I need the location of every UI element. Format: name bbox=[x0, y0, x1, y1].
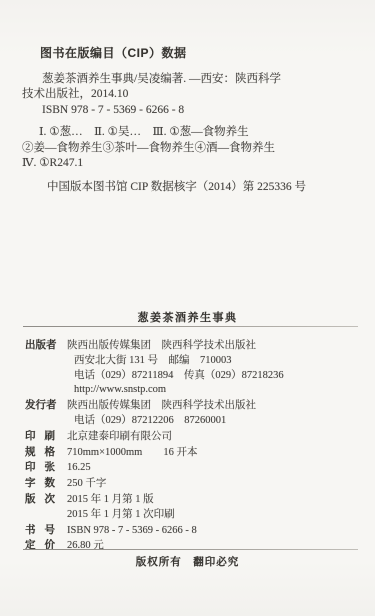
publication-details: 出版者 陕西出版传媒集团 陕西科学技术出版社 西安北大街 131 号 邮编 71… bbox=[25, 338, 361, 554]
colophon-row-value: 西安北大街 131 号 邮编 710003 bbox=[74, 354, 232, 369]
classification-line-2: ②姜—食物养生③茶叶—食物养生④酒—食物养生 bbox=[22, 141, 359, 157]
colophon-row-value: 电话（029）87212206 87260001 bbox=[74, 414, 226, 429]
colophon-row-value: 250 千字 bbox=[67, 477, 106, 492]
colophon-row: 电话（029）87211894 传真（029）87218236 bbox=[25, 369, 361, 384]
colophon-row: 发行者 陕西出版传媒集团 陕西科学技术出版社 bbox=[25, 398, 361, 414]
colophon-row-value: 710mm×1000mm 16 开本 bbox=[67, 446, 197, 461]
colophon-row-value: 26.80 元 bbox=[67, 539, 104, 554]
colophon-row: 规格 710mm×1000mm 16 开本 bbox=[25, 445, 361, 461]
colophon-row: 电话（029）87212206 87260001 bbox=[25, 414, 361, 429]
colophon-row: 印张 16.25 bbox=[25, 460, 361, 476]
cip-data-block: 图书在版编目（CIP）数据 葱姜茶酒养生事典/吴凌编著. —西安：陕西科学 技术… bbox=[22, 46, 359, 195]
colophon-row-label: 出版者 bbox=[25, 338, 55, 353]
colophon-row-value: 电话（029）87211894 传真（029）87218236 bbox=[74, 369, 284, 384]
colophon-row: http://www.snstp.com bbox=[25, 383, 361, 398]
copyright-notice: 版权所有 翻印必究 bbox=[0, 554, 375, 569]
colophon-row-value: 2015 年 1 月第 1 次印刷 bbox=[67, 508, 175, 523]
colophon-row-label: 版次 bbox=[25, 492, 55, 507]
colophon-row: 版次 2015 年 1 月第 1 版 bbox=[25, 492, 361, 508]
horizontal-rule-top bbox=[23, 326, 358, 327]
colophon-row-value: 2015 年 1 月第 1 版 bbox=[67, 493, 154, 508]
colophon-row-value: 16.25 bbox=[67, 461, 91, 476]
colophon-row-label: 印刷 bbox=[25, 429, 55, 444]
cip-entry: 葱姜茶酒养生事典/吴凌编著. —西安：陕西科学 技术出版社，2014.10 IS… bbox=[22, 72, 359, 119]
colophon-row: 印刷 北京建泰印刷有限公司 bbox=[25, 429, 361, 445]
cip-record-number: 中国版本图书馆 CIP 数据核字（2014）第 225336 号 bbox=[47, 180, 359, 196]
classification-line-1: Ⅰ. ①葱… Ⅱ. ①吴… Ⅲ. ①葱—食物养生 bbox=[22, 125, 359, 141]
colophon-row: 字数 250 千字 bbox=[25, 476, 361, 492]
cip-heading: 图书在版编目（CIP）数据 bbox=[40, 46, 359, 62]
colophon-row: 西安北大街 131 号 邮编 710003 bbox=[25, 354, 361, 369]
colophon-row-label: 发行者 bbox=[25, 398, 55, 413]
running-book-title: 葱姜茶酒养生事典 bbox=[0, 309, 375, 325]
cip-entry-line-2: 技术出版社，2014.10 bbox=[22, 87, 359, 103]
cip-classification: Ⅰ. ①葱… Ⅱ. ①吴… Ⅲ. ①葱—食物养生 ②姜—食物养生③茶叶—食物养生… bbox=[22, 125, 359, 172]
horizontal-rule-bottom bbox=[23, 549, 358, 550]
colophon-row-label: 定价 bbox=[25, 538, 55, 553]
colophon-row-value: 北京建泰印刷有限公司 bbox=[67, 430, 172, 445]
colophon-row: 2015 年 1 月第 1 次印刷 bbox=[25, 508, 361, 523]
colophon-row-value: http://www.snstp.com bbox=[74, 383, 166, 398]
colophon-row-value: 陕西出版传媒集团 陕西科学技术出版社 bbox=[67, 399, 256, 414]
colophon-row: 定价 26.80 元 bbox=[25, 538, 361, 554]
colophon-row-value: 陕西出版传媒集团 陕西科学技术出版社 bbox=[67, 339, 256, 354]
colophon-row: 书号 ISBN 978 - 7 - 5369 - 6266 - 8 bbox=[25, 523, 361, 539]
colophon-row-label: 书号 bbox=[25, 523, 55, 538]
scanned-copyright-page: { "page": { "paper_color": "#f6f5f2", "t… bbox=[0, 0, 375, 616]
colophon-row-label: 规格 bbox=[25, 445, 55, 460]
colophon-row-label: 印张 bbox=[25, 460, 55, 475]
colophon-row-label: 字数 bbox=[25, 476, 55, 491]
colophon-row-value: ISBN 978 - 7 - 5369 - 6266 - 8 bbox=[67, 524, 197, 539]
colophon-row: 出版者 陕西出版传媒集团 陕西科学技术出版社 bbox=[25, 338, 361, 354]
cip-isbn-line: ISBN 978 - 7 - 5369 - 6266 - 8 bbox=[42, 103, 359, 119]
cip-entry-line-1: 葱姜茶酒养生事典/吴凌编著. —西安：陕西科学 bbox=[22, 72, 359, 88]
classification-line-3: Ⅳ. ①R247.1 bbox=[22, 156, 359, 172]
